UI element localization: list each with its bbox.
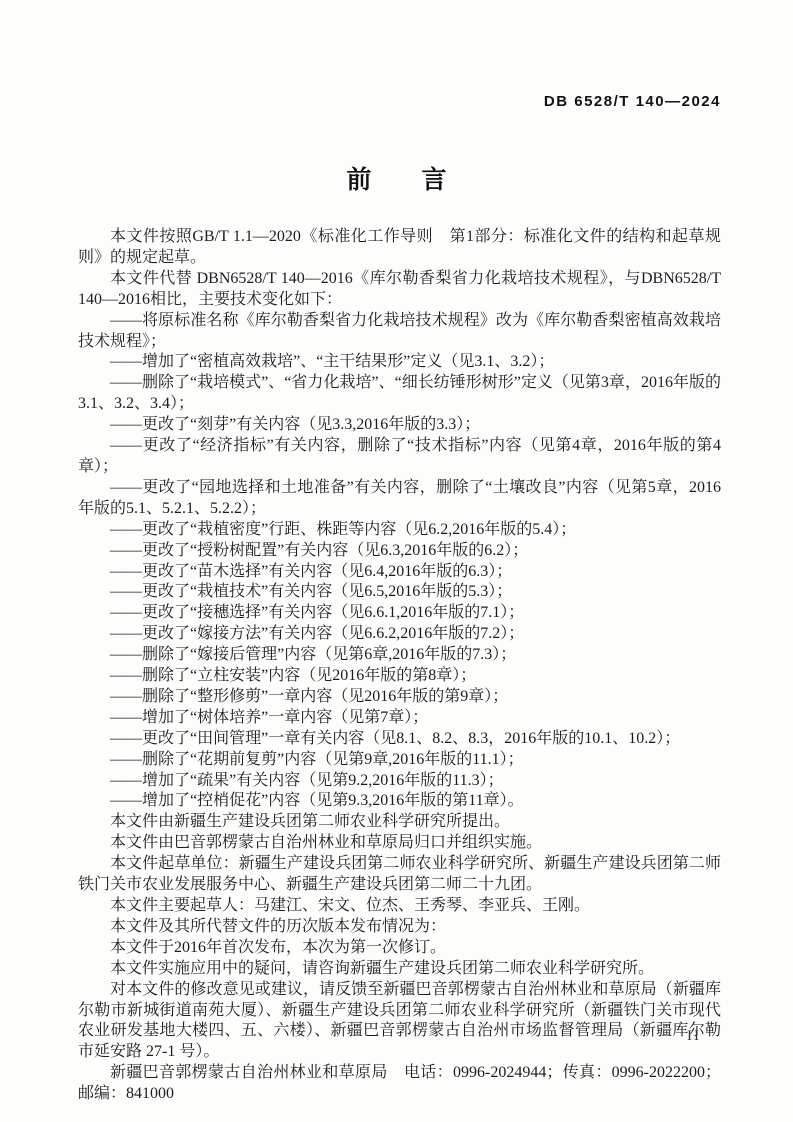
foreword-paragraph: ——更改了“栽植密度”行距、株距等内容（见6.2,2016年版的5.4）； — [78, 520, 721, 541]
foreword-paragraph: ——增加了“控梢促花”内容（见第9.3,2016年版的第11章）。 — [78, 791, 721, 812]
foreword-paragraph: 本文件由新疆生产建设兵团第二师农业科学研究所提出。 — [78, 812, 721, 833]
foreword-paragraph: ——更改了“接穗选择”有关内容（见6.6.1,2016年版的7.1）； — [78, 603, 721, 624]
standard-code: DB 6528/T 140—2024 — [544, 93, 721, 110]
foreword-paragraph: ——更改了“苗木选择”有关内容（见6.4,2016年版的6.3）； — [78, 562, 721, 583]
foreword-paragraph: ——更改了“嫁接方法”有关内容（见6.6.2,2016年版的7.2）； — [78, 624, 721, 645]
foreword-paragraph: ——更改了“授粉树配置”有关内容（见6.3,2016年版的6.2）； — [78, 541, 721, 562]
page-title: 前 言 — [0, 160, 793, 196]
foreword-paragraph: 本文件代替 DBN6528/T 140—2016《库尔勒香梨省力化栽培技术规程》… — [78, 269, 721, 311]
foreword-paragraph: ——删除了“栽培模式”、“省力化栽培”、“细长纺锤形树形”定义（见第3章，201… — [78, 373, 721, 415]
foreword-paragraph: 本文件起草单位：新疆生产建设兵团第二师农业科学研究所、新疆生产建设兵团第二师铁门… — [78, 854, 721, 896]
document-page: DB 6528/T 140—2024 前 言 本文件按照GB/T 1.1—202… — [0, 0, 793, 1122]
foreword-paragraph: 本文件及其所代替文件的历次版本发布情况为： — [78, 917, 721, 938]
foreword-paragraph: ——删除了“花期前复剪”内容（见第9章,2016年版的11.1）； — [78, 750, 721, 771]
foreword-paragraph: ——删除了“立柱安装”内容（见2016年版的第8章）； — [78, 666, 721, 687]
foreword-paragraph: ——更改了“园地选择和土地准备”有关内容，删除了“土壤改良”内容（见第5章，20… — [78, 478, 721, 520]
foreword-paragraph: ——增加了“密植高效栽培”、“主干结果形”定义（见3.1、3.2）； — [78, 352, 721, 373]
foreword-paragraph: 新疆巴音郭楞蒙古自治州林业和草原局 电话：0996-2024944；传真：099… — [78, 1063, 721, 1105]
foreword-paragraph: 本文件于2016年首次发布，本次为第一次修订。 — [78, 938, 721, 959]
foreword-paragraph: 本文件按照GB/T 1.1—2020《标准化工作导则 第1部分：标准化文件的结构… — [78, 227, 721, 269]
foreword-body: 本文件按照GB/T 1.1—2020《标准化工作导则 第1部分：标准化文件的结构… — [78, 227, 721, 1105]
foreword-paragraph: ——将原标准名称《库尔勒香梨省力化栽培技术规程》改为《库尔勒香梨密植高效栽培技术… — [78, 311, 721, 353]
foreword-paragraph: ——更改了“刻芽”有关内容（见3.3,2016年版的3.3）； — [78, 415, 721, 436]
foreword-paragraph: 本文件由巴音郭楞蒙古自治州林业和草原局归口并组织实施。 — [78, 833, 721, 854]
foreword-paragraph: ——删除了“嫁接后管理”内容（见第6章,2016年版的7.3）； — [78, 645, 721, 666]
foreword-paragraph: 对本文件的修改意见或建议，请反馈至新疆巴音郭楞蒙古自治州林业和草原局（新疆库尔勒… — [78, 980, 721, 1064]
foreword-paragraph: ——更改了“栽植技术”有关内容（见6.5,2016年版的5.3）； — [78, 582, 721, 603]
foreword-paragraph: ——更改了“经济指标”有关内容，删除了“技术指标”内容（见第4章，2016年版的… — [78, 436, 721, 478]
foreword-paragraph: ——删除了“整形修剪”一章内容（见2016年版的第9章）； — [78, 687, 721, 708]
foreword-paragraph: 本文件实施应用中的疑问，请咨询新疆生产建设兵团第二师农业科学研究所。 — [78, 959, 721, 980]
page-number: II — [687, 1028, 701, 1045]
foreword-paragraph: 本文件主要起草人：马建江、宋文、位杰、王秀琴、李亚兵、王刚。 — [78, 896, 721, 917]
foreword-paragraph: ——增加了“疏果”有关内容（见第9.2,2016年版的11.3）； — [78, 771, 721, 792]
foreword-paragraph: ——更改了“田间管理”一章有关内容（见8.1、8.2、8.3，2016年版的10… — [78, 729, 721, 750]
foreword-paragraph: ——增加了“树体培养”一章内容（见第7章）； — [78, 708, 721, 729]
